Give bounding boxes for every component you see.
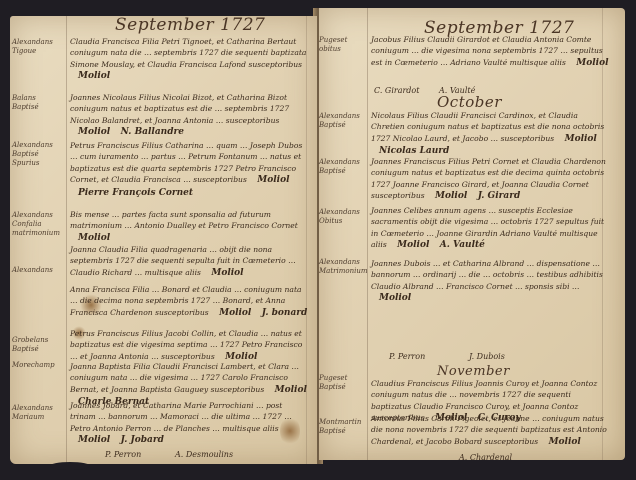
margin-note: Alexandans Baptisé	[319, 158, 369, 176]
godparent-signature: J. bonard	[262, 308, 308, 318]
priest-signature: Moliol	[78, 233, 110, 243]
section-heading-month: November	[437, 364, 510, 379]
left-page: September 1727 Alexandans Tigoue Claudia…	[10, 16, 317, 464]
priest-signature: Moliol	[549, 437, 581, 447]
section-heading-month: October	[437, 93, 502, 111]
entry-text: Joannes Nicolaus Filius Nicolai Bizot, e…	[70, 93, 289, 125]
priest-signature: Moliol	[219, 308, 251, 318]
register-entry: Nicolaus Filius Claudii Francisci Cardin…	[371, 110, 609, 158]
entry-text: Petrus Franciscus Filius Jacobi Collin, …	[70, 329, 302, 361]
margin-note: Alexandans Mariaum	[12, 404, 62, 422]
scanned-register: September 1727 Alexandans Tigoue Claudia…	[0, 0, 636, 480]
register-entry: Joannes Dubois … et Catharina Albrand … …	[371, 258, 609, 305]
right-page: September 1727 Pugeset obitus Jacobus Fi…	[319, 8, 625, 460]
margin-note: Pugeset obitus	[319, 36, 369, 54]
margin-rule	[367, 8, 368, 460]
register-entry: Joannes Franciscus Filius Petri Cornet e…	[371, 156, 609, 203]
margin-note: Balans Baptisé	[12, 94, 62, 112]
godparent-signature: Pierre François Cornet	[78, 188, 193, 198]
register-entry: Antonius Filius Caroli Pigeolet, et Jean…	[371, 413, 609, 448]
register-entry: Petrus Franciscus Filius Catharina … qua…	[70, 140, 310, 199]
margin-note: Alexandans Obitus	[319, 208, 369, 226]
entry-text: Bis mense … partes facta sunt sponsalia …	[70, 210, 298, 230]
margin-note: Alexandans	[12, 266, 62, 275]
entry-text: Jacobus Filius Claudii Girardot et Claud…	[371, 35, 603, 67]
priest-signature: Moliol	[257, 175, 289, 185]
priest-signature: Moliol	[211, 268, 243, 278]
register-entry: Claudia Francisca Filia Petri Tignoet, e…	[70, 36, 310, 83]
priest-signature: Moliol	[379, 293, 411, 303]
priest-signature: Moliol	[576, 58, 608, 68]
register-entry: Anna Francisca Filia … Bonard et Claudia…	[70, 284, 310, 319]
margin-note: Alexandans Matrimonium	[319, 258, 369, 276]
entry-text: Claudia Francisca Filia Petri Tignoet, e…	[70, 37, 306, 69]
margin-note: Pugeset Baptisé	[319, 374, 369, 392]
witness-signature: J. Dubois	[469, 352, 505, 361]
margin-note: Montmartin Baptisé	[319, 418, 369, 436]
margin-rule	[66, 16, 67, 464]
register-entry: Joanna Claudia Filia quadragenaria … obi…	[70, 244, 310, 279]
priest-signature: Moliol	[275, 385, 307, 395]
priest-signature: Moliol	[78, 127, 110, 137]
margin-note: Morechamp	[12, 361, 62, 370]
witness-signature: A. Desmoulins	[175, 450, 233, 459]
register-entry: Joannes Nicolaus Filius Nicolai Bizot, e…	[70, 92, 310, 139]
entry-text: Joanna Baptista Filia Claudii Francisci …	[70, 362, 299, 394]
priest-signature: Moliol	[78, 435, 110, 445]
margin-note: Grobelans Baptisé	[12, 336, 62, 354]
witness-signature: C. Girardot	[374, 86, 419, 95]
register-entry: Petrus Franciscus Filius Jacobi Collin, …	[70, 328, 310, 363]
page-heading-month: September 1727	[115, 15, 265, 35]
register-entry: Jacobus Filius Claudii Girardot et Claud…	[371, 34, 609, 69]
entry-text: Joannes Jobard, et Catharina Marie Parro…	[70, 401, 292, 433]
margin-note: Alexandans Baptisé Spurius	[12, 141, 62, 168]
margin-note: Alexandans Baptisé	[319, 112, 369, 130]
godparent-signature: A. Chardenal	[459, 453, 512, 462]
witness-signature: P. Perron	[389, 352, 425, 361]
register-entry: Joannes Jobard, et Catharina Marie Parro…	[70, 400, 310, 447]
groom-signature: J. Jobard	[121, 435, 164, 445]
godparent-signature: J. Girard	[478, 191, 521, 201]
witness-signature: P. Perron	[105, 450, 141, 459]
entry-text: Joanna Claudia Filia quadragenaria … obi…	[70, 245, 296, 277]
priest-signature: Moliol	[78, 71, 110, 81]
priest-signature: Moliol	[397, 240, 429, 250]
priest-signature: Moliol	[565, 134, 597, 144]
margin-note: Alexandans Tigoue	[12, 38, 62, 56]
register-entry: Bis mense … partes facta sunt sponsalia …	[70, 209, 310, 244]
priest-signature: Moliol	[435, 191, 467, 201]
margin-note: Alexandans Confalia matrimonium	[12, 211, 62, 238]
witness-signature: A. Vaulté	[440, 240, 485, 250]
godparent-signature: N. Ballandre	[121, 127, 184, 137]
godparent-signature: Nicolas Laurd	[379, 146, 449, 156]
entry-text: Joannes Dubois … et Catharina Albrand … …	[371, 259, 603, 291]
register-entry: Joannes Celibes annum agens … susceptis …	[371, 205, 609, 252]
worn-edge	[50, 462, 90, 470]
